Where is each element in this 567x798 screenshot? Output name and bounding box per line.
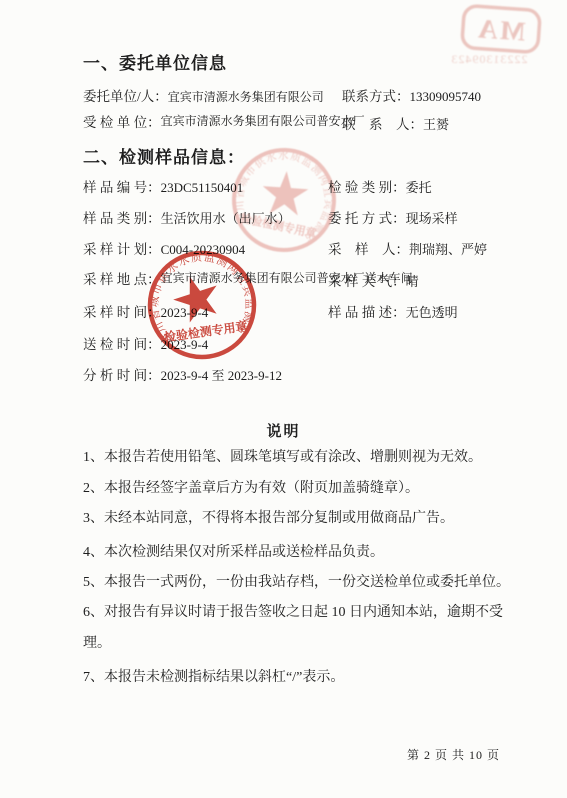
sampler-value: 荆瑞翔、严婷 xyxy=(409,242,487,257)
sampling-weather-value: 晴 xyxy=(406,274,419,289)
sampler-label: 采 样 人： xyxy=(328,242,409,257)
note-item-7: 7、本报告未检测指标结果以斜杠“/”表示。 xyxy=(83,662,521,693)
sampling-time-label: 采 样 时 间： xyxy=(83,305,161,320)
sampling-weather-pair: 采 样 天 气：晴 xyxy=(328,270,419,291)
sample-category-label: 样 品 类 别： xyxy=(83,211,161,226)
sampling-plan-label: 采 样 计 划： xyxy=(83,242,161,257)
contact-method-pair: 联系方式：13309095740 xyxy=(342,85,481,106)
section1-title: 一、委托单位信息 xyxy=(83,49,227,74)
contact-person-label: 联 系 人： xyxy=(342,117,423,132)
delivery-time-value: 2023-9-4 xyxy=(161,337,209,352)
cma-bleed-stamp: MA 22231309423 xyxy=(451,5,541,66)
note-item-2: 2、本报告经签字盖章后方为有效（附页加盖骑缝章）。 xyxy=(83,473,521,504)
analysis-time-value: 2023-9-4 至 2023-9-12 xyxy=(161,368,282,383)
sample-number-label: 样 品 编 号： xyxy=(83,180,161,195)
note-item-1: 1、本报告若使用铅笔、圆珠笔填写或有涂改、增删则视为无效。 xyxy=(83,442,521,473)
row-sampling-plan: 采 样 计 划：C004-20230904 采 样 人：荆瑞翔、严婷 xyxy=(83,238,245,259)
row-sampling-time: 采 样 时 间：2023-9-4 样 品 描 述：无色透明 xyxy=(83,301,208,322)
row-sample-number: 样 品 编 号：23DC51150401 检 验 类 别：委托 xyxy=(83,176,243,197)
notes-title: 说明 xyxy=(0,420,567,441)
delivery-time-label: 送 检 时 间： xyxy=(83,337,161,352)
contact-method-label: 联系方式： xyxy=(342,89,410,104)
cma-bleed-digits: 22231309423 xyxy=(451,52,528,66)
sampling-site-label: 采 样 地 点： xyxy=(83,268,161,288)
analysis-time-label: 分 析 时 间： xyxy=(83,368,161,383)
sample-description-label: 样 品 描 述： xyxy=(328,305,406,320)
sampler-pair: 采 样 人：荆瑞翔、严婷 xyxy=(328,238,487,259)
sampling-weather-label: 采 样 天 气： xyxy=(328,274,406,289)
row-client-unit: 委托单位/人：宜宾市清源水务集团有限公司 联系方式：13309095740 xyxy=(83,85,324,106)
commission-mode-value: 现场采样 xyxy=(406,211,458,226)
row-delivery-time: 送 检 时 间：2023-9-4 xyxy=(83,333,208,354)
sample-description-pair: 样 品 描 述：无色透明 xyxy=(328,301,458,322)
commission-mode-label: 委 托 方 式： xyxy=(328,211,406,226)
sampling-time-value: 2023-9-4 xyxy=(161,305,209,320)
inspection-type-value: 委托 xyxy=(406,180,432,195)
inspected-unit-value: 宜宾市清源水务集团有限公司普安水厂 xyxy=(161,114,323,129)
sample-number-value: 23DC51150401 xyxy=(161,180,244,195)
client-unit-label: 委托单位/人： xyxy=(83,89,168,104)
contact-method-value: 13309095740 xyxy=(410,89,482,104)
sample-description-value: 无色透明 xyxy=(406,305,458,320)
row-sample-category: 样 品 类 别：生活饮用水（出厂水） 委 托 方 式：现场采样 xyxy=(83,207,291,228)
cma-bleed-frame xyxy=(462,5,541,52)
note-item-3: 3、未经本站同意，不得将本报告部分复制或用做商品广告。 xyxy=(83,503,521,534)
cma-bleed-letters: MA xyxy=(475,13,526,46)
inspected-unit-label: 受 检 单 位： xyxy=(83,111,161,131)
contact-person-pair: 联 系 人：王赟 xyxy=(342,113,449,134)
inspection-type-label: 检 验 类 别： xyxy=(328,180,406,195)
note-item-6: 6、对报告有异议时请于报告签收之日起 10 日内通知本站，逾期不受理。 xyxy=(83,597,521,659)
commission-mode-pair: 委 托 方 式：现场采样 xyxy=(328,207,458,228)
sampling-plan-value: C004-20230904 xyxy=(161,242,246,257)
section2-title: 二、检测样品信息： xyxy=(83,143,245,168)
report-page: 一、委托单位信息 委托单位/人：宜宾市清源水务集团有限公司 联系方式：13309… xyxy=(0,0,567,798)
contact-person-value: 王赟 xyxy=(423,117,449,132)
note-item-4: 4、本次检测结果仅对所采样品或送检样品负责。 xyxy=(83,537,521,568)
note-item-5: 5、本报告一式两份，一份由我站存档，一份交送检单位或委托单位。 xyxy=(83,567,521,598)
sample-category-value: 生活饮用水（出厂水） xyxy=(161,211,291,226)
page-number: 第 2 页 共 10 页 xyxy=(407,746,500,763)
sampling-site-value: 宜宾市清源水务集团有限公司普安水厂送水车间 xyxy=(161,271,339,286)
row-sampling-site: 采 样 地 点：宜宾市清源水务集团有限公司普安水厂送水车间 采 样 天 气：晴 xyxy=(83,261,339,295)
inspection-type-pair: 检 验 类 别：委托 xyxy=(328,176,432,197)
row-inspected-unit: 受 检 单 位：宜宾市清源水务集团有限公司普安水厂 联 系 人：王赟 xyxy=(83,104,323,138)
row-analysis-time: 分 析 时 间：2023-9-4 至 2023-9-12 xyxy=(83,364,282,385)
client-unit-value: 宜宾市清源水务集团有限公司 xyxy=(168,90,324,105)
